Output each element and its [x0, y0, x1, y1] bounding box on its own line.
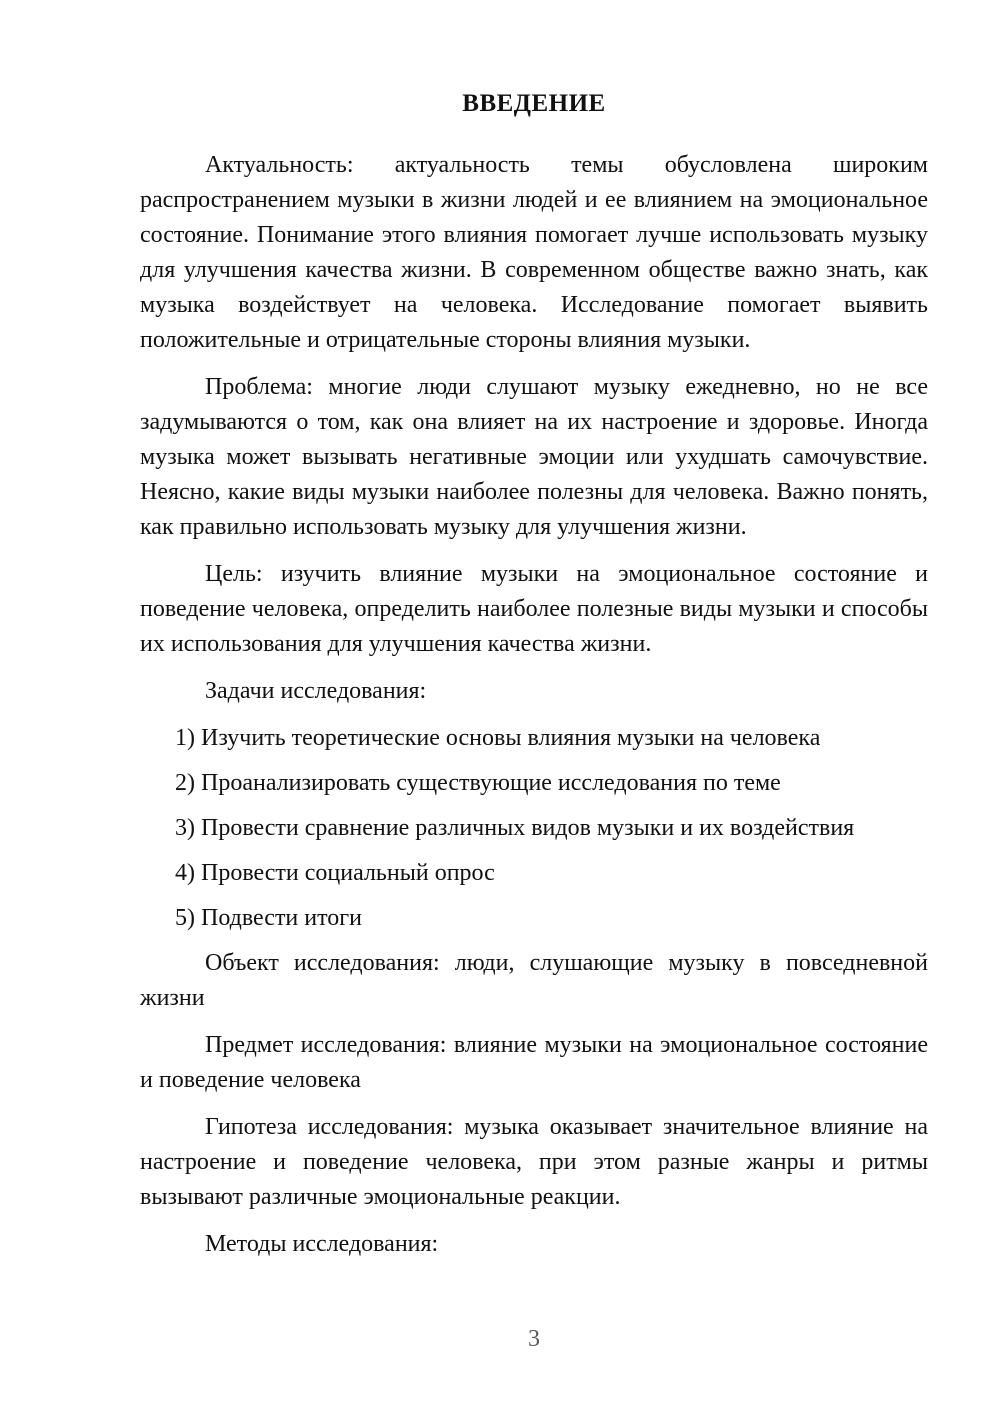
- paragraph-problem: Проблема: многие люди слушают музыку еже…: [140, 370, 928, 545]
- task-item-5: 5) Подвести итоги: [140, 901, 928, 936]
- paragraph-object: Объект исследования: люди, слушающие муз…: [140, 946, 928, 1016]
- document-page: ВВЕДЕНИЕ Актуальность: актуальность темы…: [0, 0, 1000, 1414]
- page-number: 3: [140, 1325, 928, 1353]
- document-body: ВВЕДЕНИЕ Актуальность: актуальность темы…: [140, 0, 928, 1274]
- task-item-2: 2) Проанализировать существующие исследо…: [140, 766, 928, 801]
- paragraph-goal: Цель: изучить влияние музыки на эмоциона…: [140, 557, 928, 662]
- paragraph-subject: Предмет исследования: влияние музыки на …: [140, 1028, 928, 1098]
- task-item-3: 3) Провести сравнение различных видов му…: [140, 811, 928, 846]
- task-item-4: 4) Провести социальный опрос: [140, 856, 928, 891]
- paragraph-hypothesis: Гипотеза исследования: музыка оказывает …: [140, 1110, 928, 1215]
- task-list: 1) Изучить теоретические основы влияния …: [140, 721, 928, 936]
- section-heading: ВВЕДЕНИЕ: [140, 88, 928, 120]
- paragraph-actuality: Актуальность: актуальность темы обусловл…: [140, 148, 928, 358]
- methods-heading: Методы исследования:: [140, 1227, 928, 1262]
- task-item-1: 1) Изучить теоретические основы влияния …: [140, 721, 928, 756]
- tasks-heading: Задачи исследования:: [140, 674, 928, 709]
